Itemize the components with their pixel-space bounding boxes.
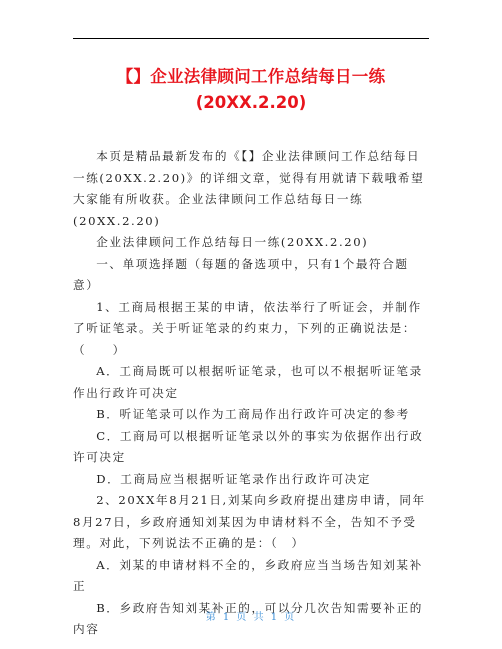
question-1-option-b: B．听证笔录可以作为工商局作出行政许可决定的参考 bbox=[73, 404, 429, 426]
question-1: 1、工商局根据王某的申请，依法举行了听证会，并制作了听证笔录。关于听证笔录的约束… bbox=[73, 297, 429, 362]
document-body: 本页是精品最新发布的《【】企业法律顾问工作总结每日一练(20XX.2.20)》的… bbox=[73, 146, 429, 641]
page-footer: 第 1 页 共 1 页 bbox=[0, 608, 502, 623]
intro-paragraph: 本页是精品最新发布的《【】企业法律顾问工作总结每日一练(20XX.2.20)》的… bbox=[73, 146, 429, 232]
document-title-line1: 【】企业法律顾问工作总结每日一练 bbox=[0, 63, 502, 87]
question-1-option-a: A．工商局既可以根据听证笔录，也可以不根据听证笔录作出行政许可决定 bbox=[73, 361, 429, 404]
subtitle-paragraph: 企业法律顾问工作总结每日一练(20XX.2.20) bbox=[73, 232, 429, 254]
header-rule bbox=[73, 38, 429, 39]
question-1-option-c: C．工商局可以根据听证笔录以外的事实为依据作出行政许可决定 bbox=[73, 426, 429, 469]
question-2: 2、20XX年8月21日,刘某向乡政府提出建房申请，同年8月27日，乡政府通知刘… bbox=[73, 490, 429, 555]
question-1-option-d: D．工商局应当根据听证笔录作出行政许可决定 bbox=[73, 469, 429, 491]
question-2-option-a: A．刘某的申请材料不全的，乡政府应当当场告知刘某补正 bbox=[73, 555, 429, 598]
section-heading: 一、单项选择题（每题的备选项中，只有1个最符合题意） bbox=[73, 254, 429, 297]
document-title-line2: (20XX.2.20) bbox=[0, 93, 502, 112]
